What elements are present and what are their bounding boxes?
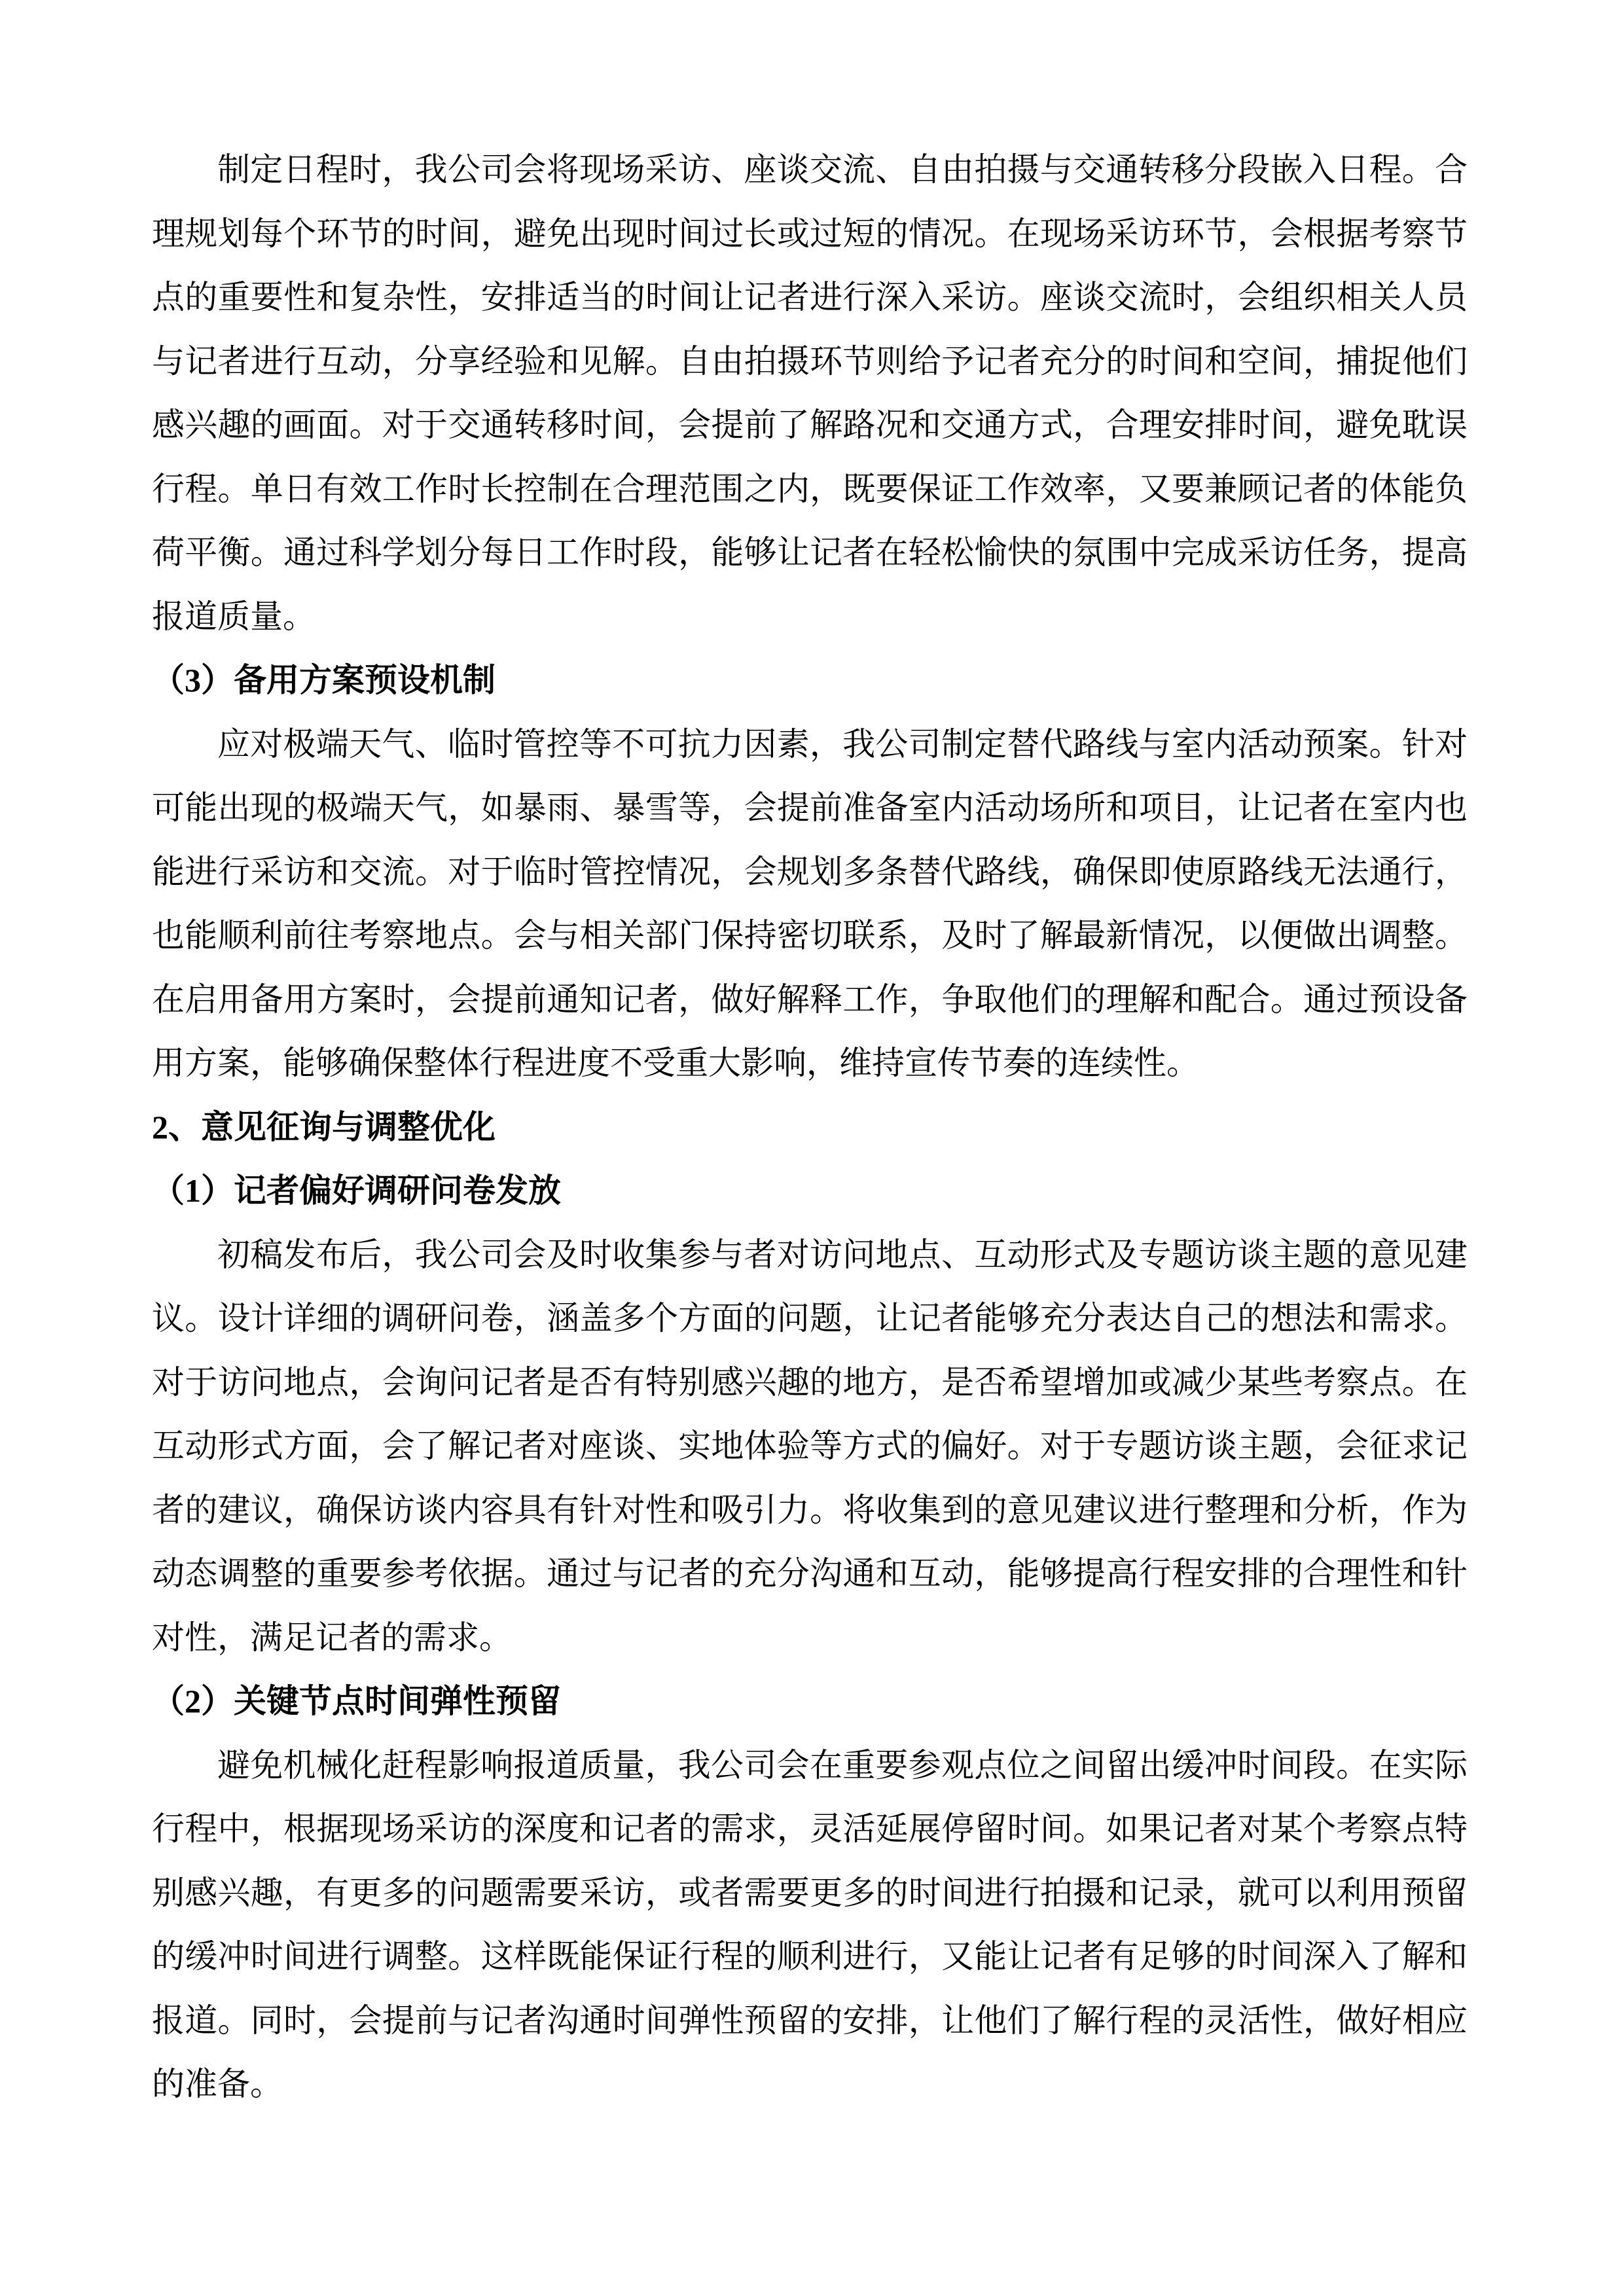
document-content: 制定日程时，我公司会将现场采访、座谈交流、自由拍摄与交通转移分段嵌入日程。合理规… bbox=[152, 138, 1468, 2117]
numbered-sub-heading: （3）备用方案预设机制 bbox=[152, 649, 1468, 713]
numbered-sub-heading: （1）记者偏好调研问卷发放 bbox=[152, 1159, 1468, 1223]
body-paragraph: 避免机械化赶程影响报道质量，我公司会在重要参观点位之间留出缓冲时间段。在实际行程… bbox=[152, 1734, 1468, 2117]
numbered-sub-heading: （2）关键节点时间弹性预留 bbox=[152, 1670, 1468, 1734]
document-page: 制定日程时，我公司会将现场采访、座谈交流、自由拍摄与交通转移分段嵌入日程。合理规… bbox=[0, 0, 1624, 2296]
body-paragraph: 应对极端天气、临时管控等不可抗力因素，我公司制定替代路线与室内活动预案。针对可能… bbox=[152, 713, 1468, 1096]
body-paragraph: 初稿发布后，我公司会及时收集参与者对访问地点、互动形式及专题访谈主题的意见建议。… bbox=[152, 1223, 1468, 1670]
numbered-section-heading: 2、意见征询与调整优化 bbox=[152, 1096, 1468, 1160]
body-paragraph: 制定日程时，我公司会将现场采访、座谈交流、自由拍摄与交通转移分段嵌入日程。合理规… bbox=[152, 138, 1468, 649]
